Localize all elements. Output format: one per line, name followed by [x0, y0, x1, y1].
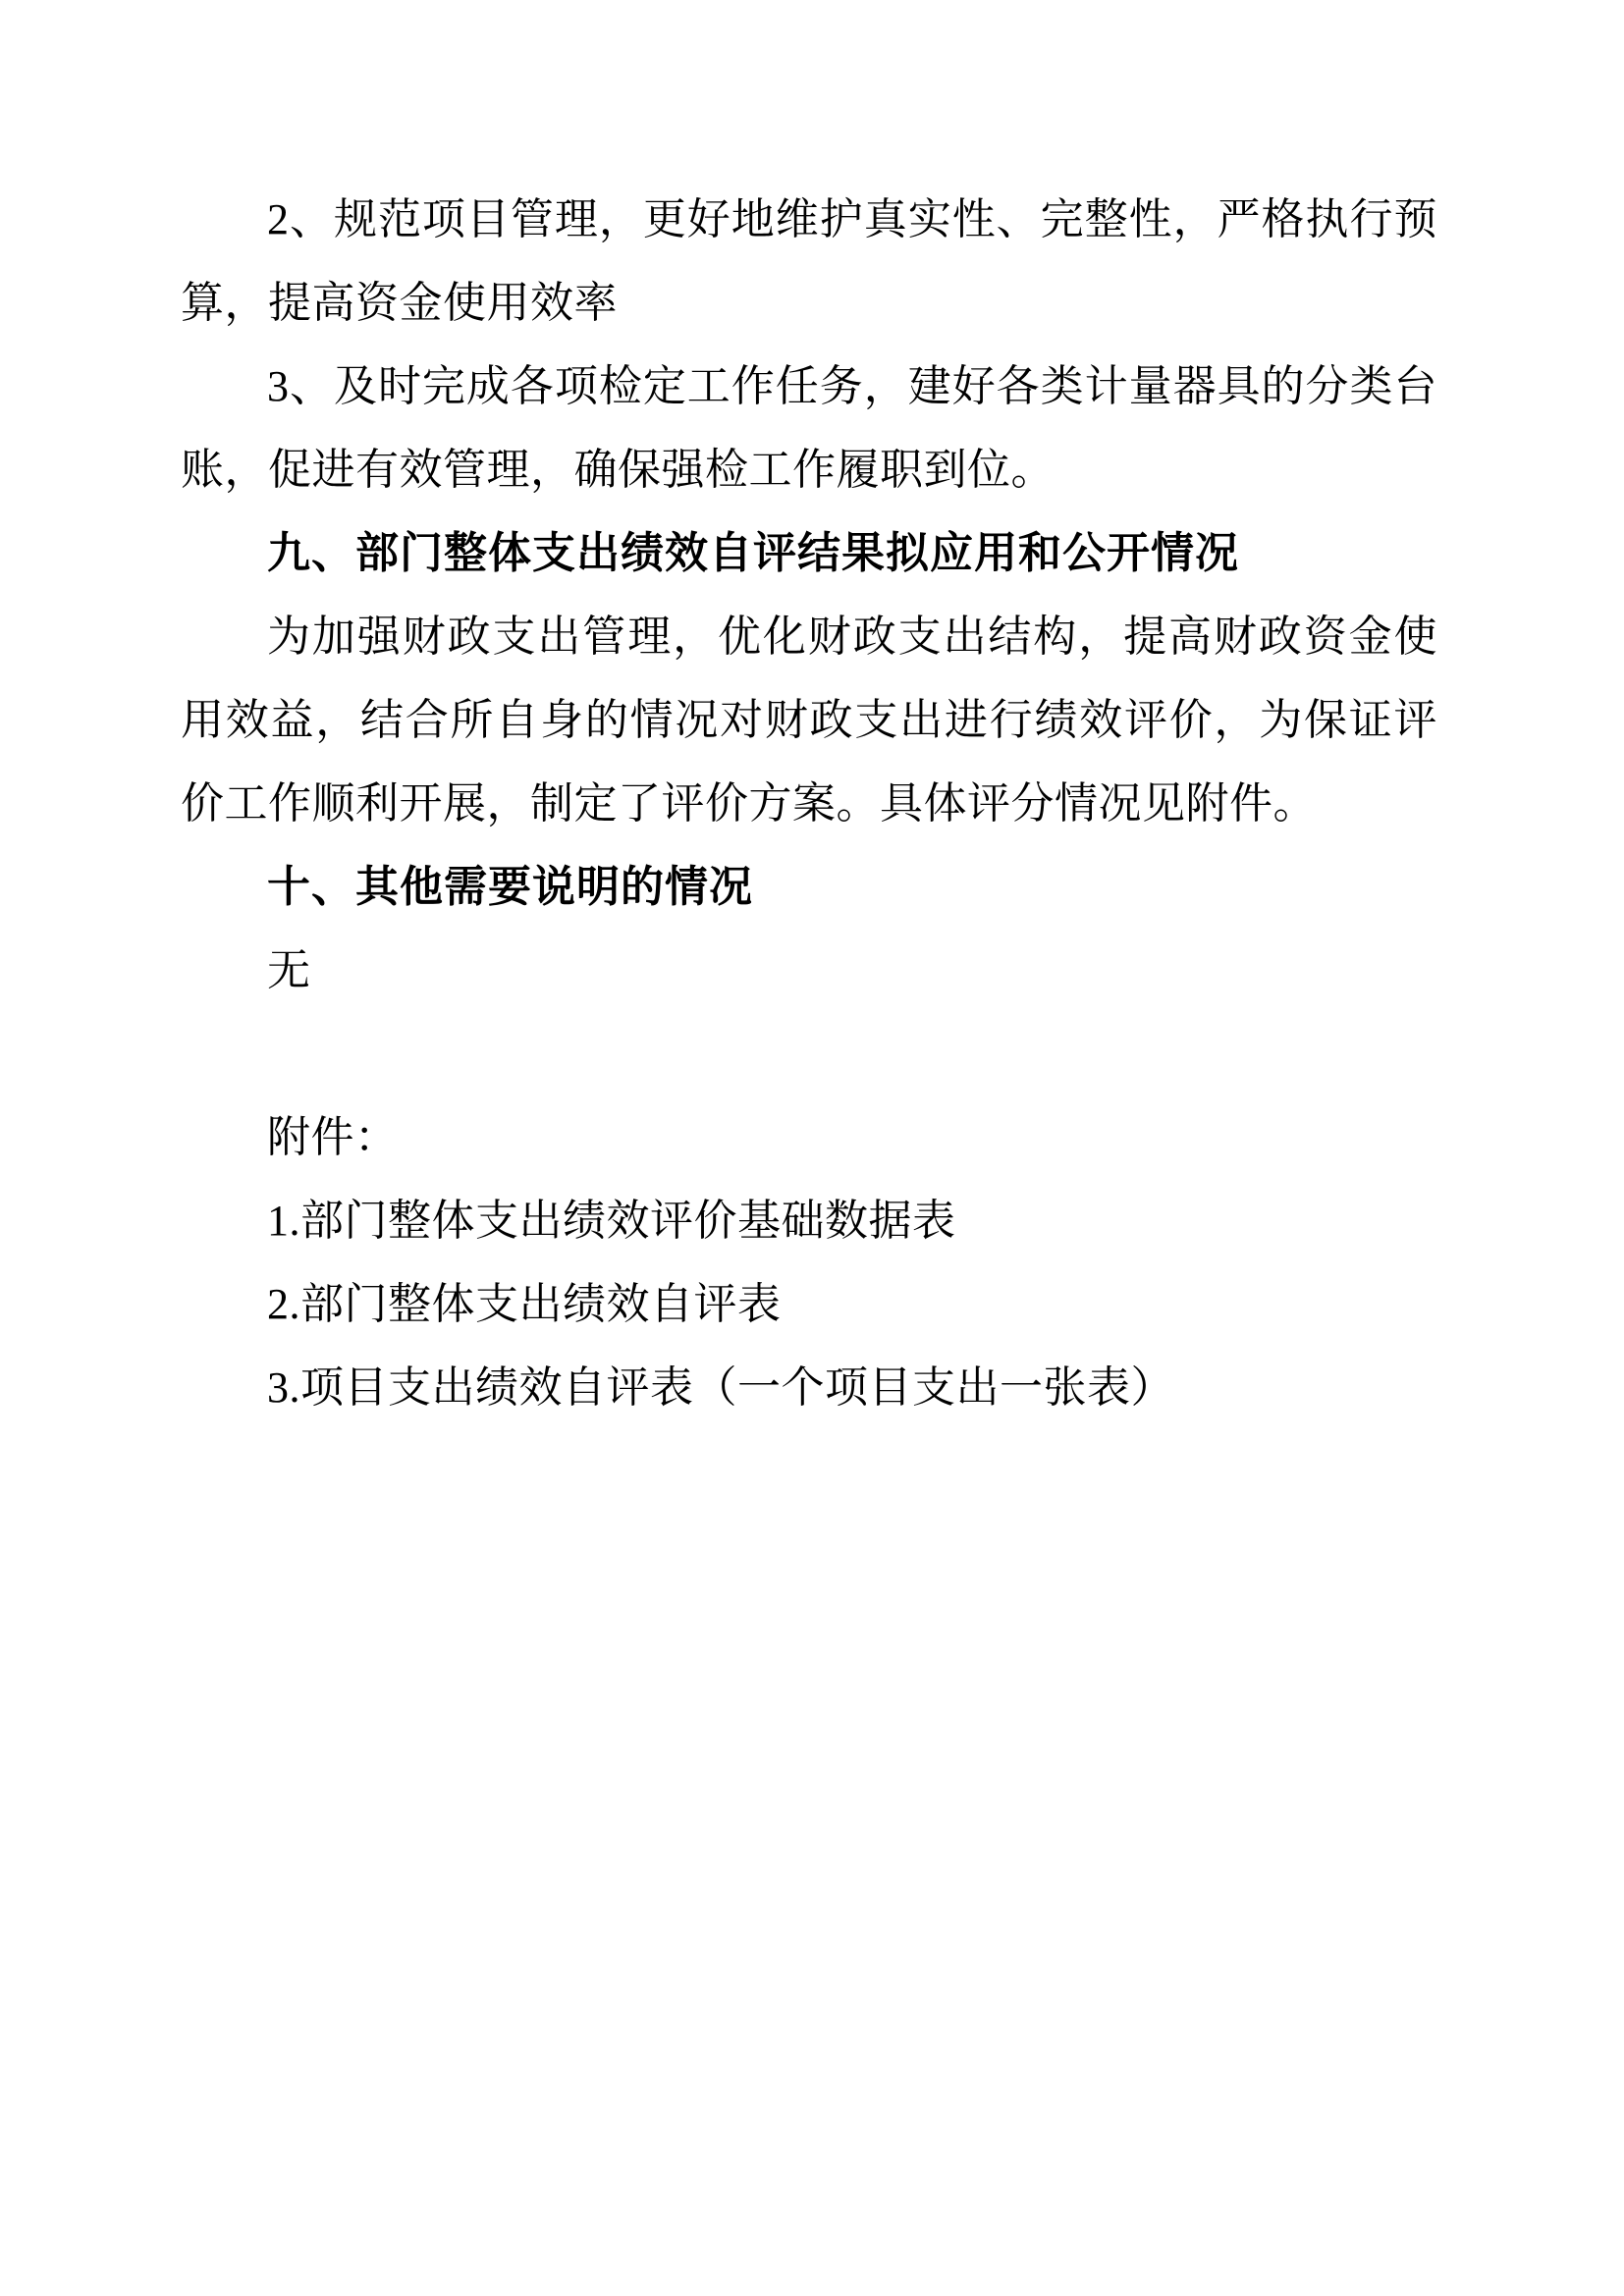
- attachment-item-1: 1.部门整体支出绩效评价基础数据表: [181, 1179, 1437, 1262]
- paragraph-point-3: 3、及时完成各项检定工作任务，建好各类计量器具的分类台账，促进有效管理，确保强检…: [181, 345, 1437, 511]
- paragraph-point-2: 2、规范项目管理，更好地维护真实性、完整性，严格执行预算，提高资金使用效率: [181, 178, 1437, 345]
- attachment-item-3: 3.项目支出绩效自评表（一个项目支出一张表）: [181, 1346, 1437, 1429]
- section-heading-ten: 十、其他需要说明的情况: [181, 845, 1437, 929]
- paragraph-section-nine-body: 为加强财政支出管理，优化财政支出结构，提高财政资金使用效益，结合所自身的情况对财…: [181, 595, 1437, 845]
- attachment-item-2: 2.部门整体支出绩效自评表: [181, 1262, 1437, 1346]
- blank-line: [181, 1012, 1437, 1095]
- section-heading-nine: 九、部门整体支出绩效自评结果拟应用和公开情况: [181, 511, 1437, 595]
- attachments-label: 附件：: [181, 1095, 1437, 1179]
- paragraph-none-remark: 无: [181, 929, 1437, 1012]
- document-page: 2、规范项目管理，更好地维护真实性、完整性，严格执行预算，提高资金使用效率 3、…: [0, 0, 1624, 2296]
